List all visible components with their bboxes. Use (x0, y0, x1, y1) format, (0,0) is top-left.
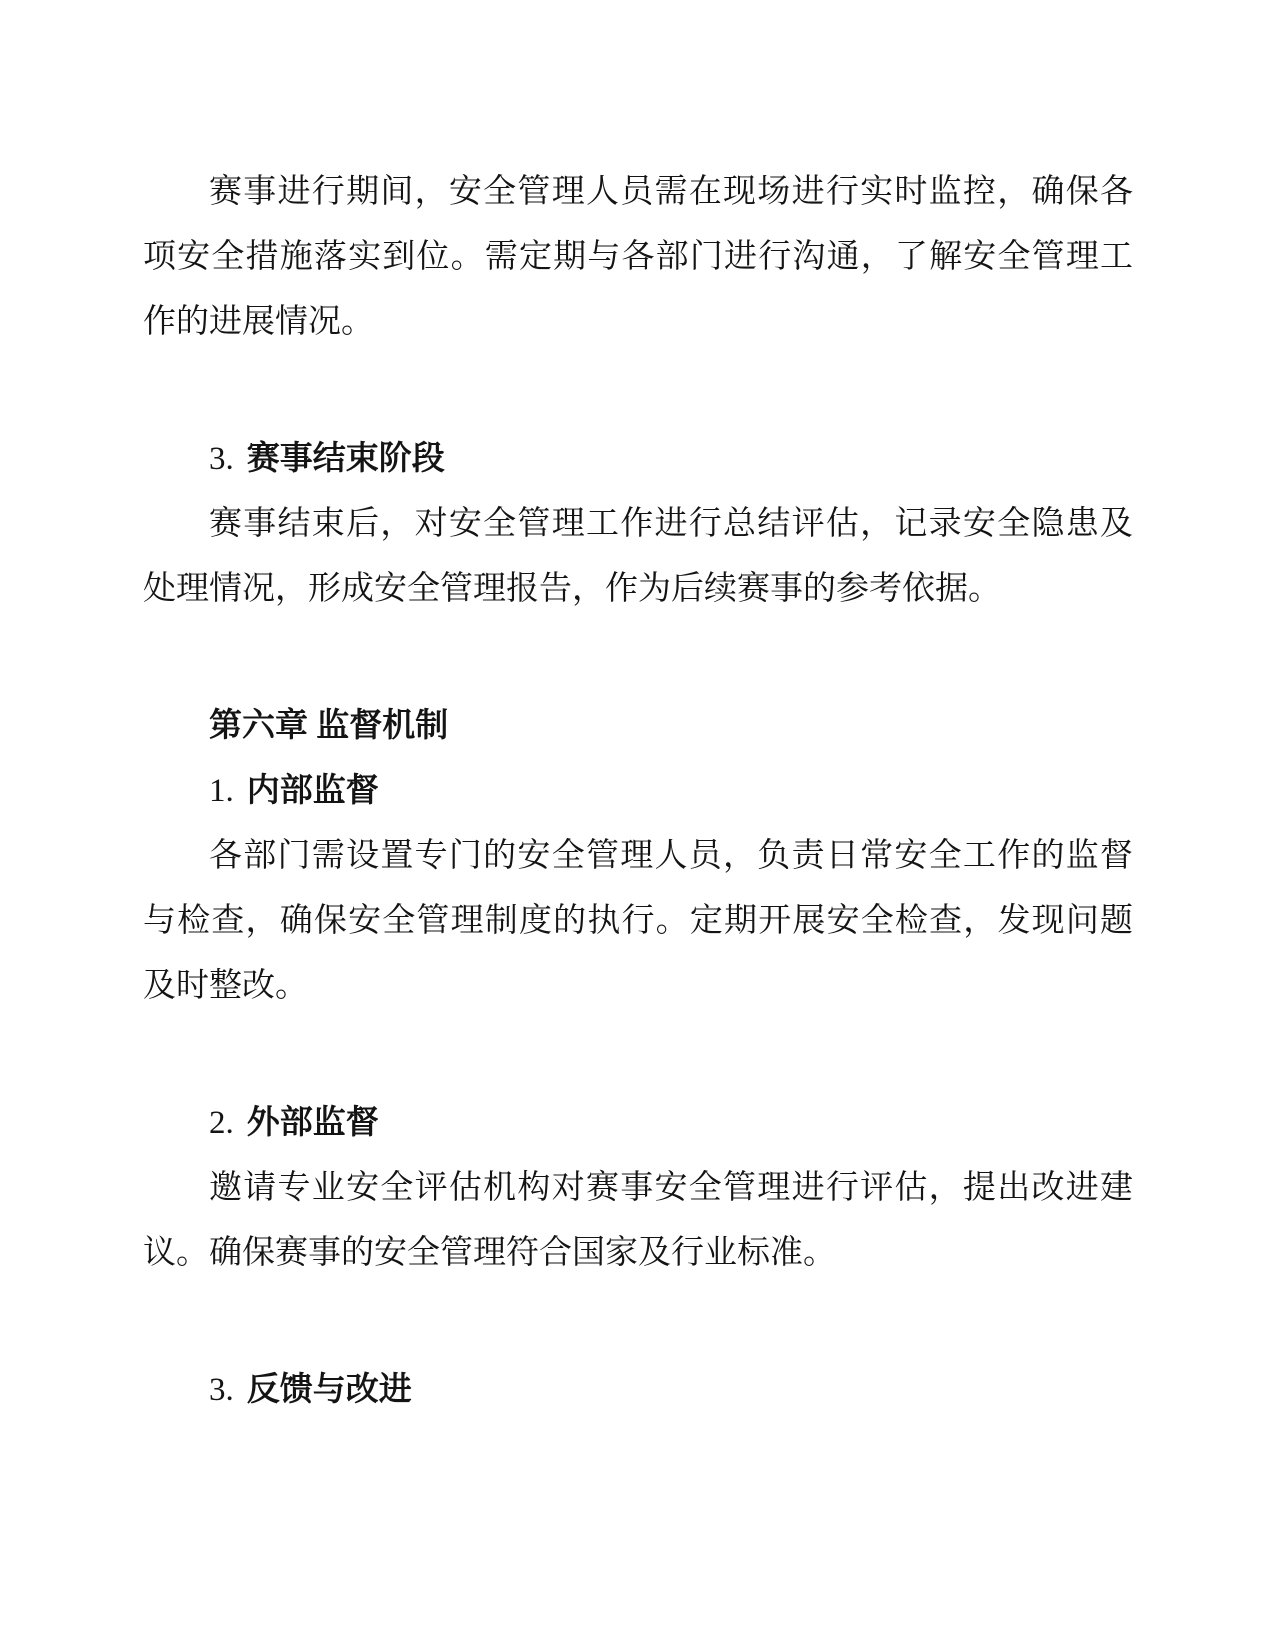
section-heading-feedback: 3.反馈与改进 (143, 1358, 1133, 1423)
paragraph-line: 与检查，确保安全管理制度的执行。定期开展安全检查，发现问题 (143, 889, 1133, 954)
paragraph-line: 及时整改。 (143, 954, 1133, 1019)
paragraph-line: 赛事进行期间，安全管理人员需在现场进行实时监控，确保各 (143, 160, 1133, 225)
heading-text: 第六章 监督机制 (209, 708, 448, 744)
heading-text: 外部监督 (247, 1105, 379, 1141)
heading-number: 3. (209, 1372, 247, 1408)
paragraph-line: 项安全措施落实到位。需定期与各部门进行沟通，了解安全管理工 (143, 225, 1133, 290)
chapter-heading: 第六章 监督机制 (143, 694, 1133, 759)
heading-number: 1. (209, 773, 247, 809)
section-heading-stage-end: 3.赛事结束阶段 (143, 427, 1133, 492)
heading-number: 2. (209, 1105, 247, 1141)
section-heading-internal: 1.内部监督 (143, 759, 1133, 824)
heading-text: 内部监督 (247, 773, 379, 809)
paragraph-line: 作的进展情况。 (143, 290, 1133, 355)
paragraph-line: 赛事结束后，对安全管理工作进行总结评估，记录安全隐患及 (143, 492, 1133, 557)
paragraph-line: 各部门需设置专门的安全管理人员，负责日常安全工作的监督 (143, 824, 1133, 889)
heading-text: 赛事结束阶段 (247, 441, 445, 477)
paragraph-line: 处理情况，形成安全管理报告，作为后续赛事的参考依据。 (143, 557, 1133, 622)
heading-text: 反馈与改进 (247, 1372, 412, 1408)
section-heading-external: 2.外部监督 (143, 1091, 1133, 1156)
heading-number: 3. (209, 441, 247, 477)
document-page: 赛事进行期间，安全管理人员需在现场进行实时监控，确保各 项安全措施落实到位。需定… (0, 0, 1275, 1650)
paragraph-line: 议。确保赛事的安全管理符合国家及行业标准。 (143, 1221, 1133, 1286)
paragraph-line: 邀请专业安全评估机构对赛事安全管理进行评估，提出改进建 (143, 1156, 1133, 1221)
